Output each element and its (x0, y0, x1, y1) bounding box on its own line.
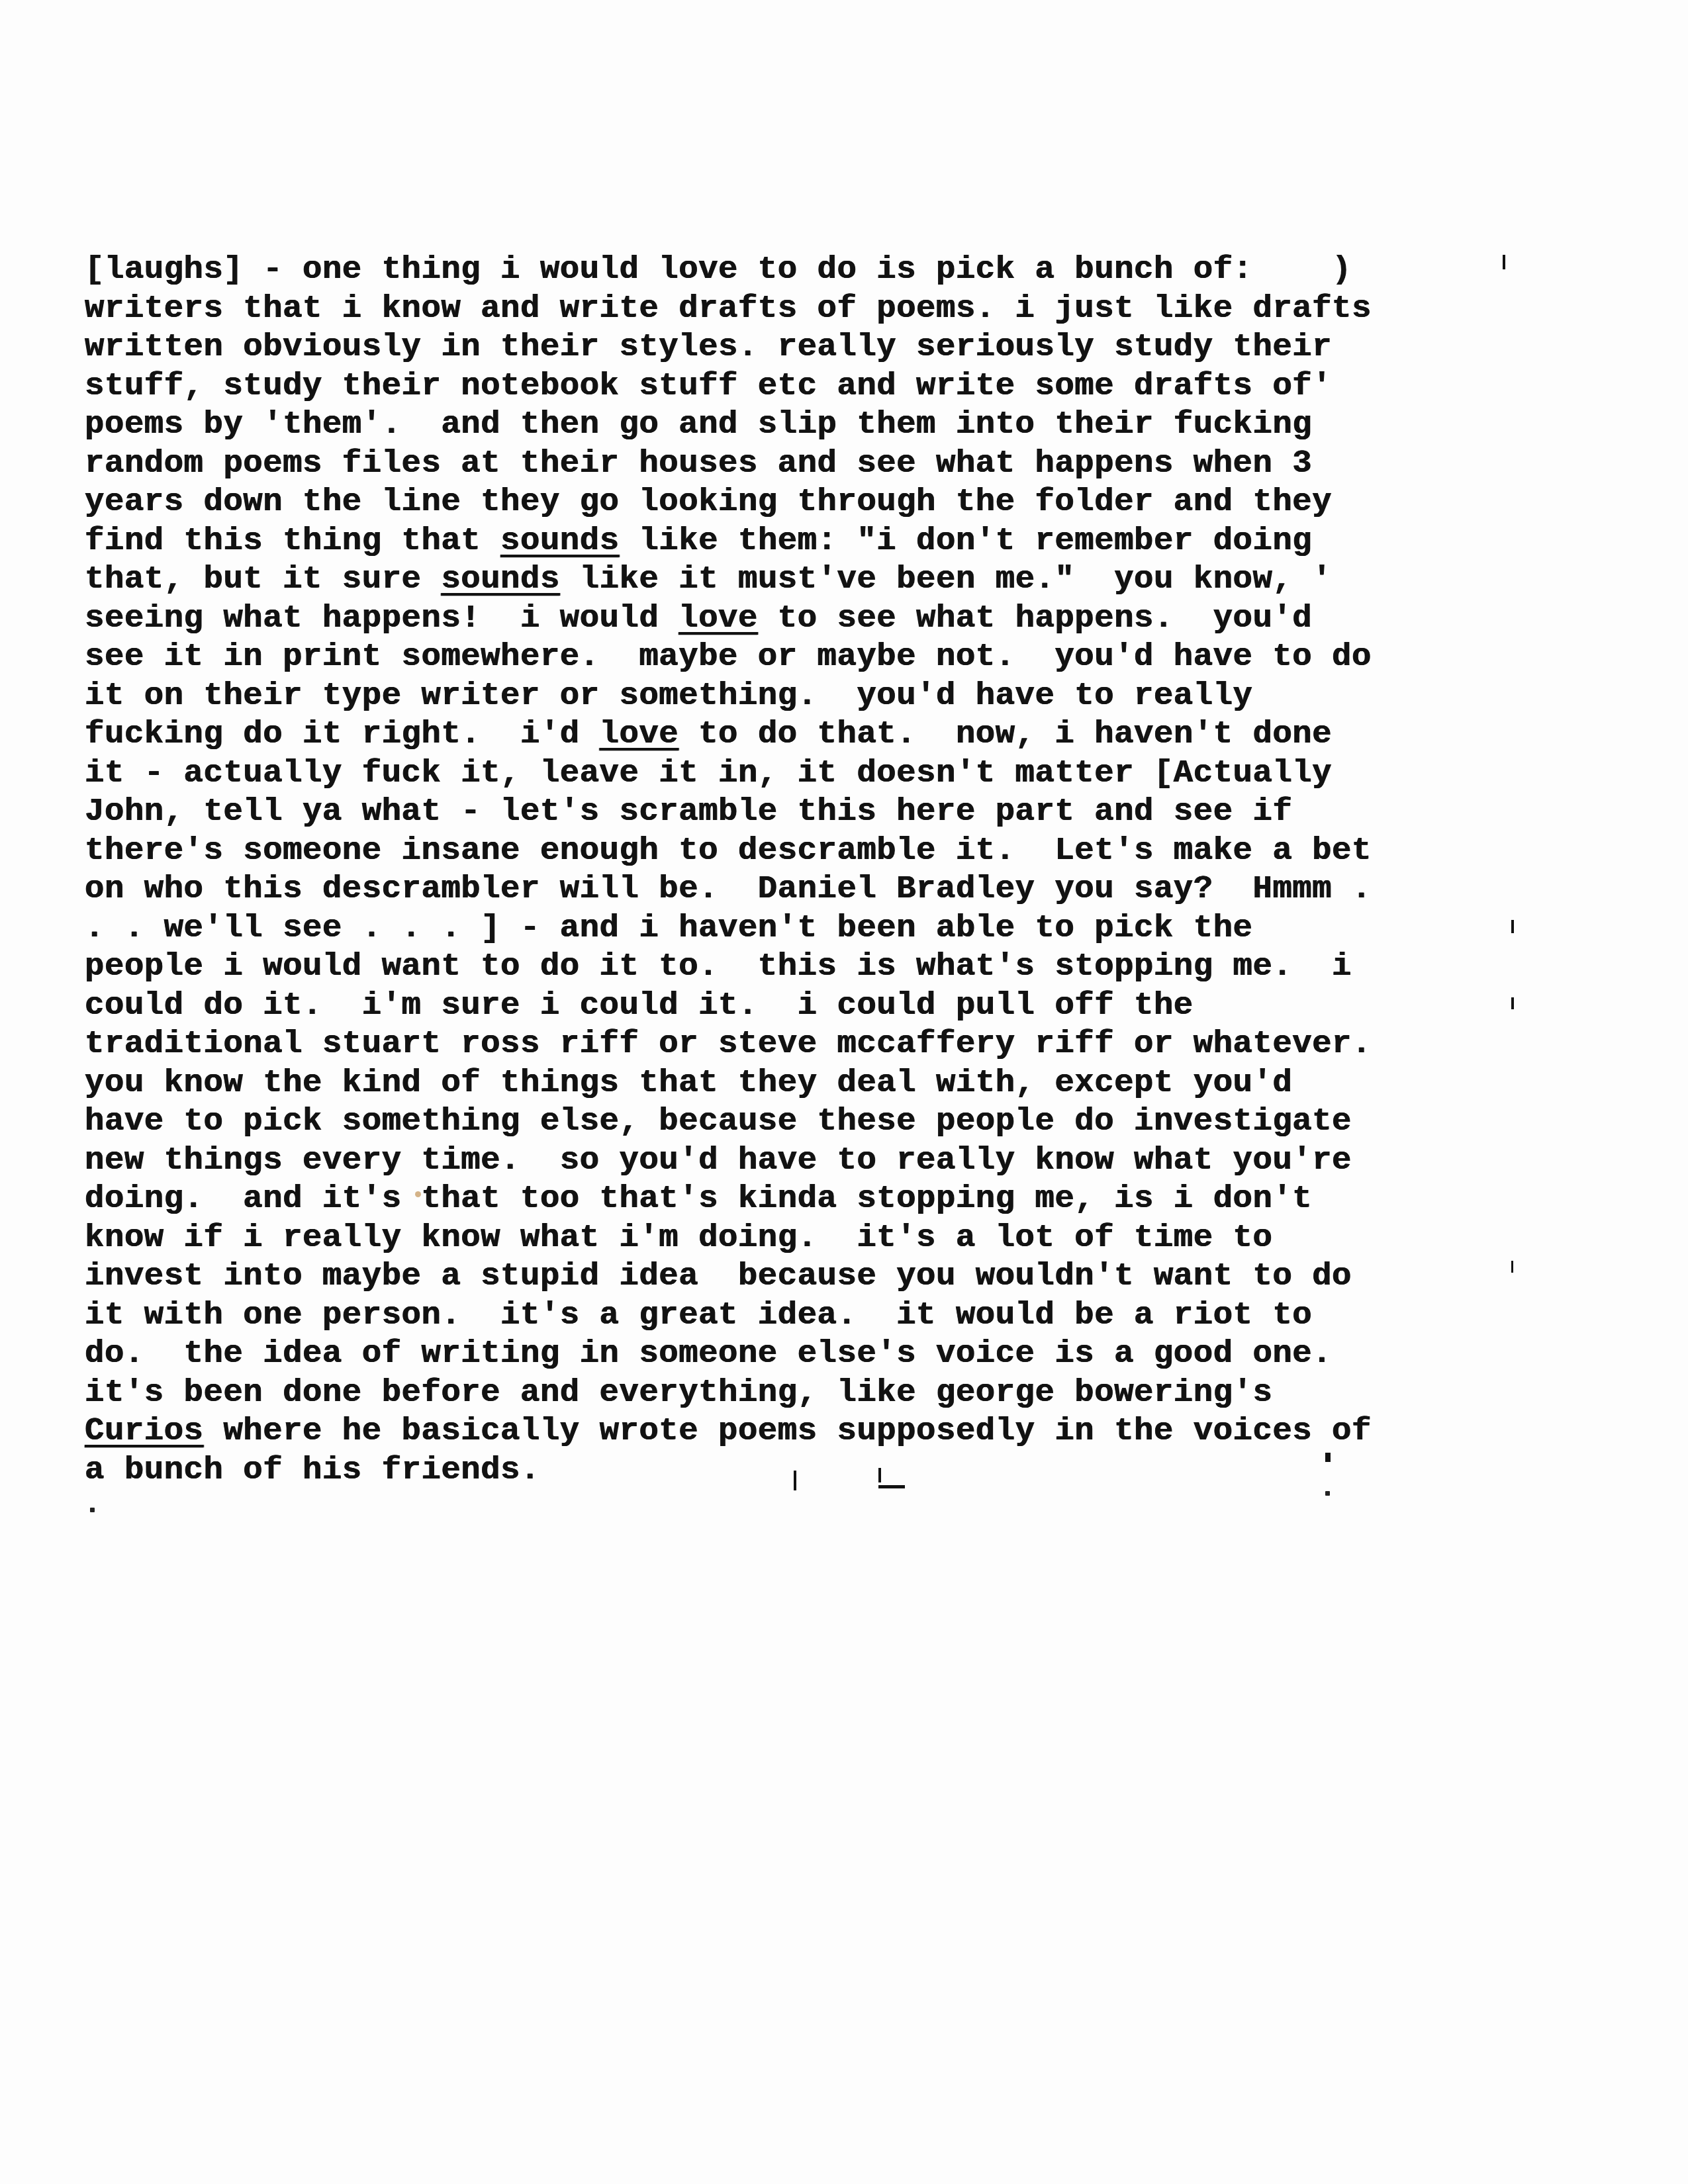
scan-artifact-mark (878, 1468, 881, 1482)
text-line: written obviously in their styles. reall… (85, 328, 1607, 367)
text-line: it on their type writer or something. yo… (85, 676, 1607, 715)
scan-artifact-mark (1325, 1453, 1331, 1462)
scan-artifact-mark (1511, 920, 1514, 933)
text-line: it with one person. it's a great idea. i… (85, 1296, 1607, 1335)
text-line: stuff, study their notebook stuff etc an… (85, 367, 1607, 406)
underlined-word: Curios (85, 1412, 203, 1449)
text-segment: traditional stuart ross riff or steve mc… (85, 1025, 1372, 1062)
text-segment: do. the idea of writing in someone else'… (85, 1335, 1332, 1372)
text-line: years down the line they go looking thro… (85, 482, 1607, 522)
text-segment: [laughs] - one thing i would love to do … (85, 251, 1352, 288)
text-line: know if i really know what i'm doing. it… (85, 1218, 1607, 1257)
text-segment: fucking do it right. i'd (85, 715, 600, 752)
text-line: it - actually fuck it, leave it in, it d… (85, 754, 1607, 793)
text-segment: where he basically wrote poems supposedl… (203, 1412, 1371, 1449)
text-segment: written obviously in their styles. reall… (85, 328, 1332, 365)
text-segment: doing. and it's that too that's kinda st… (85, 1180, 1312, 1217)
text-line: seeing what happens! i would love to see… (85, 599, 1607, 638)
text-line: John, tell ya what - let's scramble this… (85, 792, 1607, 831)
text-segment: know if i really know what i'm doing. it… (85, 1219, 1272, 1256)
underlined-word: love (600, 715, 679, 752)
text-line: random poems files at their houses and s… (85, 444, 1607, 483)
scan-artifact-dot (90, 1508, 95, 1512)
text-segment: on who this descrambler will be. Daniel … (85, 870, 1372, 907)
text-segment: that, but it sure (85, 561, 441, 598)
text-segment: random poems files at their houses and s… (85, 445, 1312, 482)
text-segment: poems by 'them'. and then go and slip th… (85, 406, 1312, 443)
text-segment: . . we'll see . . . ] - and i haven't be… (85, 909, 1252, 946)
text-segment: to see what happens. you'd (758, 600, 1312, 637)
text-line: there's someone insane enough to descram… (85, 831, 1607, 870)
text-segment: writers that i know and write drafts of … (85, 290, 1372, 327)
text-line: Curios where he basically wrote poems su… (85, 1412, 1607, 1451)
text-segment: see it in print somewhere. maybe or mayb… (85, 638, 1372, 675)
underlined-word: sounds (441, 561, 559, 598)
text-line: doing. and it's that too that's kinda st… (85, 1179, 1607, 1218)
text-line: see it in print somewhere. maybe or mayb… (85, 637, 1607, 676)
text-line: invest into maybe a stupid idea because … (85, 1257, 1607, 1296)
text-line: could do it. i'm sure i could it. i coul… (85, 986, 1607, 1025)
scan-artifact-mark (794, 1471, 796, 1490)
scan-artifact-mark (1511, 1261, 1513, 1273)
scan-artifact-mark (1511, 997, 1514, 1009)
text-line: . . we'll see . . . ] - and i haven't be… (85, 909, 1607, 948)
text-segment: have to pick something else, because the… (85, 1103, 1352, 1140)
text-segment: find this thing that (85, 522, 500, 559)
text-line: people i would want to do it to. this is… (85, 947, 1607, 986)
text-segment: John, tell ya what - let's scramble this… (85, 793, 1292, 830)
text-segment: a bunch of his friends. (85, 1451, 540, 1488)
document-page: [laughs] - one thing i would love to do … (0, 0, 1688, 2184)
text-segment: seeing what happens! i would (85, 600, 679, 637)
text-line: do. the idea of writing in someone else'… (85, 1334, 1607, 1373)
scan-artifact-dot (1325, 1491, 1330, 1496)
text-line: have to pick something else, because the… (85, 1102, 1607, 1141)
text-segment: people i would want to do it to. this is… (85, 948, 1352, 985)
text-line: new things every time. so you'd have to … (85, 1141, 1607, 1180)
text-line: a bunch of his friends. (85, 1451, 1607, 1490)
text-segment: to do that. now, i haven't done (679, 715, 1332, 752)
text-line: writers that i know and write drafts of … (85, 289, 1607, 328)
scan-artifact-speck (415, 1191, 421, 1197)
text-line: fucking do it right. i'd love to do that… (85, 715, 1607, 754)
text-line: poems by 'them'. and then go and slip th… (85, 405, 1607, 444)
text-segment: it on their type writer or something. yo… (85, 677, 1252, 714)
underlined-word: sounds (500, 522, 619, 559)
text-segment: like it must've been me." you know, ' (560, 561, 1332, 598)
text-segment: you know the kind of things that they de… (85, 1064, 1292, 1101)
text-segment: it's been done before and everything, li… (85, 1374, 1272, 1411)
text-segment: it - actually fuck it, leave it in, it d… (85, 754, 1332, 792)
text-line: that, but it sure sounds like it must've… (85, 560, 1607, 599)
underlined-word: love (679, 600, 758, 637)
typewritten-transcript: [laughs] - one thing i would love to do … (85, 250, 1607, 1489)
text-segment: new things every time. so you'd have to … (85, 1142, 1352, 1179)
text-segment: stuff, study their notebook stuff etc an… (85, 367, 1332, 404)
text-segment: years down the line they go looking thro… (85, 483, 1332, 520)
text-line: find this thing that sounds like them: "… (85, 522, 1607, 561)
text-line: on who this descrambler will be. Daniel … (85, 870, 1607, 909)
text-line: you know the kind of things that they de… (85, 1064, 1607, 1103)
text-line: [laughs] - one thing i would love to do … (85, 250, 1607, 289)
text-segment: it with one person. it's a great idea. i… (85, 1297, 1312, 1334)
text-line: traditional stuart ross riff or steve mc… (85, 1024, 1607, 1064)
text-segment: invest into maybe a stupid idea because … (85, 1257, 1352, 1295)
text-segment: could do it. i'm sure i could it. i coul… (85, 987, 1194, 1024)
text-segment: there's someone insane enough to descram… (85, 832, 1372, 869)
text-segment: like them: "i don't remember doing (619, 522, 1312, 559)
scan-artifact-mark (1503, 255, 1505, 269)
scan-artifact-mark (878, 1485, 905, 1488)
text-line: it's been done before and everything, li… (85, 1373, 1607, 1412)
